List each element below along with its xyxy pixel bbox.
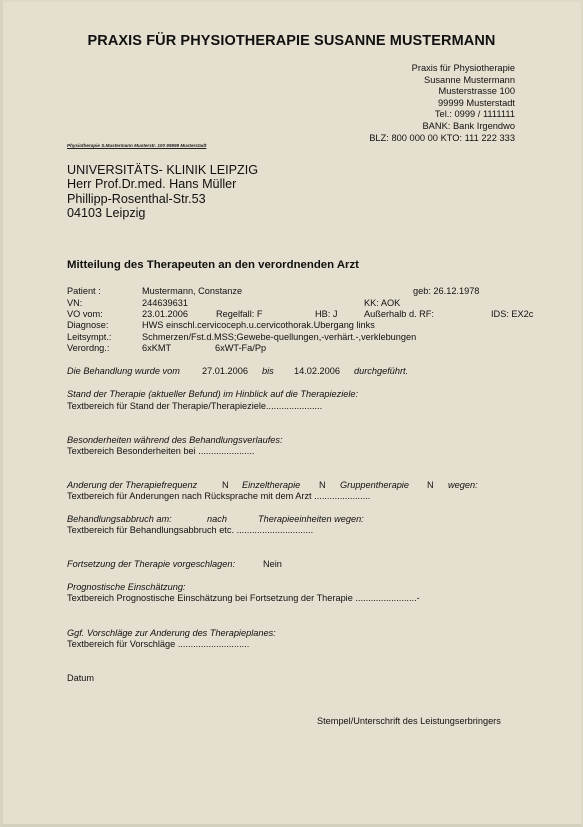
recipient-line: UNIVERSITÄTS- KLINIK LEIPZIG	[67, 163, 258, 177]
practice-title: PRAXIS FÜR PHYSIOTHERAPIE SUSANNE MUSTER…	[0, 33, 583, 49]
vn-label: VN:	[67, 298, 82, 308]
patient-label: Patient :	[67, 286, 101, 296]
recipient-address: UNIVERSITÄTS- KLINIK LEIPZIG Herr Prof.D…	[67, 163, 258, 220]
aenderung-text: Textbereich für Anderungen nach Rückspra…	[67, 491, 370, 501]
treatment-period-prefix: Die Behandlung wurde vom	[67, 366, 180, 376]
ids: IDS: EX2c	[491, 309, 533, 319]
letterhead-address: Praxis für Physiotherapie Susanne Muster…	[369, 63, 515, 144]
sender-return-line: Physiotherapie S.Mustermann Musterstr. 1…	[67, 143, 206, 148]
leitsympt-value: Schmerzen/Fst.d.MSS;Gewebe-quellungen,-v…	[142, 332, 416, 342]
stand-heading: Stand der Therapie (aktueller Befund) im…	[67, 389, 358, 399]
stand-text: Textbereich für Stand der Therapie/Thera…	[67, 401, 322, 411]
diagnose-label: Diagnose:	[67, 320, 108, 330]
wegen-label: wegen:	[448, 480, 478, 490]
vo-value: 23.01.2006	[142, 309, 188, 319]
letterhead-line: BLZ: 800 000 00 KTO: 111 222 333	[369, 133, 515, 145]
diagnose-value: HWS einschl.cervicoceph.u.cervicothorak.…	[142, 320, 375, 330]
ausserhalb-rf: Außerhalb d. RF:	[364, 309, 434, 319]
treatment-from-date: 27.01.2006	[202, 366, 248, 376]
verordnung-label: Verordng.:	[67, 343, 109, 353]
fortsetzung-label: Fortsetzung der Therapie vorgeschlagen:	[67, 559, 235, 569]
subject-heading: Mitteilung des Therapeuten an den verord…	[67, 259, 359, 271]
verordnung-value-1: 6xKMT	[142, 343, 171, 353]
fortsetzung-value: Nein	[263, 559, 282, 569]
vn-value: 244639631	[142, 298, 188, 308]
vorschlag-text: Textbereich für Vorschläge .............…	[67, 639, 249, 649]
verordnung-value-2: 6xWT-Fa/Pp	[215, 343, 266, 353]
letterhead-line: Tel.: 0999 / 1111111	[369, 109, 515, 121]
leitsympt-label: Leitsympt.:	[67, 332, 111, 342]
abbruch-label: Behandlungsabbruch am:	[67, 514, 172, 524]
regelfall: Regelfall: F	[216, 309, 262, 319]
recipient-line: Herr Prof.Dr.med. Hans Müller	[67, 177, 258, 191]
treatment-period-suffix: durchgeführt.	[354, 366, 408, 376]
gruppentherapie-label: Gruppentherapie	[340, 480, 409, 490]
insurance: KK: AOK	[364, 298, 400, 308]
letterhead-line: Praxis für Physiotherapie	[369, 63, 515, 75]
vo-label: VO vom:	[67, 309, 103, 319]
birthdate: geb: 26.12.1978	[413, 286, 479, 296]
abbruch-einheiten-label: Therapieeinheiten wegen:	[258, 514, 364, 524]
treatment-to-date: 14.02.2006	[294, 366, 340, 376]
treatment-period-mid: bis	[262, 366, 274, 376]
letterhead-line: Musterstrasse 100	[369, 86, 515, 98]
recipient-line: 04103 Leipzig	[67, 206, 258, 220]
einzeltherapie-label: Einzeltherapie	[242, 480, 300, 490]
prognose-heading: Prognostische Einschätzung:	[67, 582, 186, 592]
recipient-line: Phillipp-Rosenthal-Str.53	[67, 192, 258, 206]
aenderung-frequenz-value: N	[222, 480, 229, 490]
vorschlag-heading: Ggf. Vorschläge zur Anderung des Therapi…	[67, 628, 276, 638]
aenderung-frequenz-label: Anderung der Therapiefrequenz	[67, 480, 197, 490]
abbruch-text: Textbereich für Behandlungsabbruch etc. …	[67, 525, 313, 535]
hb: HB: J	[315, 309, 337, 319]
letterhead-line: 99999 Musterstadt	[369, 98, 515, 110]
besonderheiten-heading: Besonderheiten während des Behandlungsve…	[67, 435, 283, 445]
einzeltherapie-value: N	[319, 480, 326, 490]
datum-label: Datum	[67, 673, 94, 683]
letterhead-line: Susanne Mustermann	[369, 75, 515, 87]
signature-label: Stempel/Unterschrift des Leistungserbrin…	[317, 716, 501, 726]
letterhead-line: BANK: Bank Irgendwo	[369, 121, 515, 133]
patient-value: Mustermann, Constanze	[142, 286, 242, 296]
gruppentherapie-value: N	[427, 480, 434, 490]
abbruch-nach-label: nach	[207, 514, 227, 524]
prognose-text: Textbereich Prognostische Einschätzung b…	[67, 593, 420, 603]
besonderheiten-text: Textbereich Besonderheiten bei .........…	[67, 446, 254, 456]
